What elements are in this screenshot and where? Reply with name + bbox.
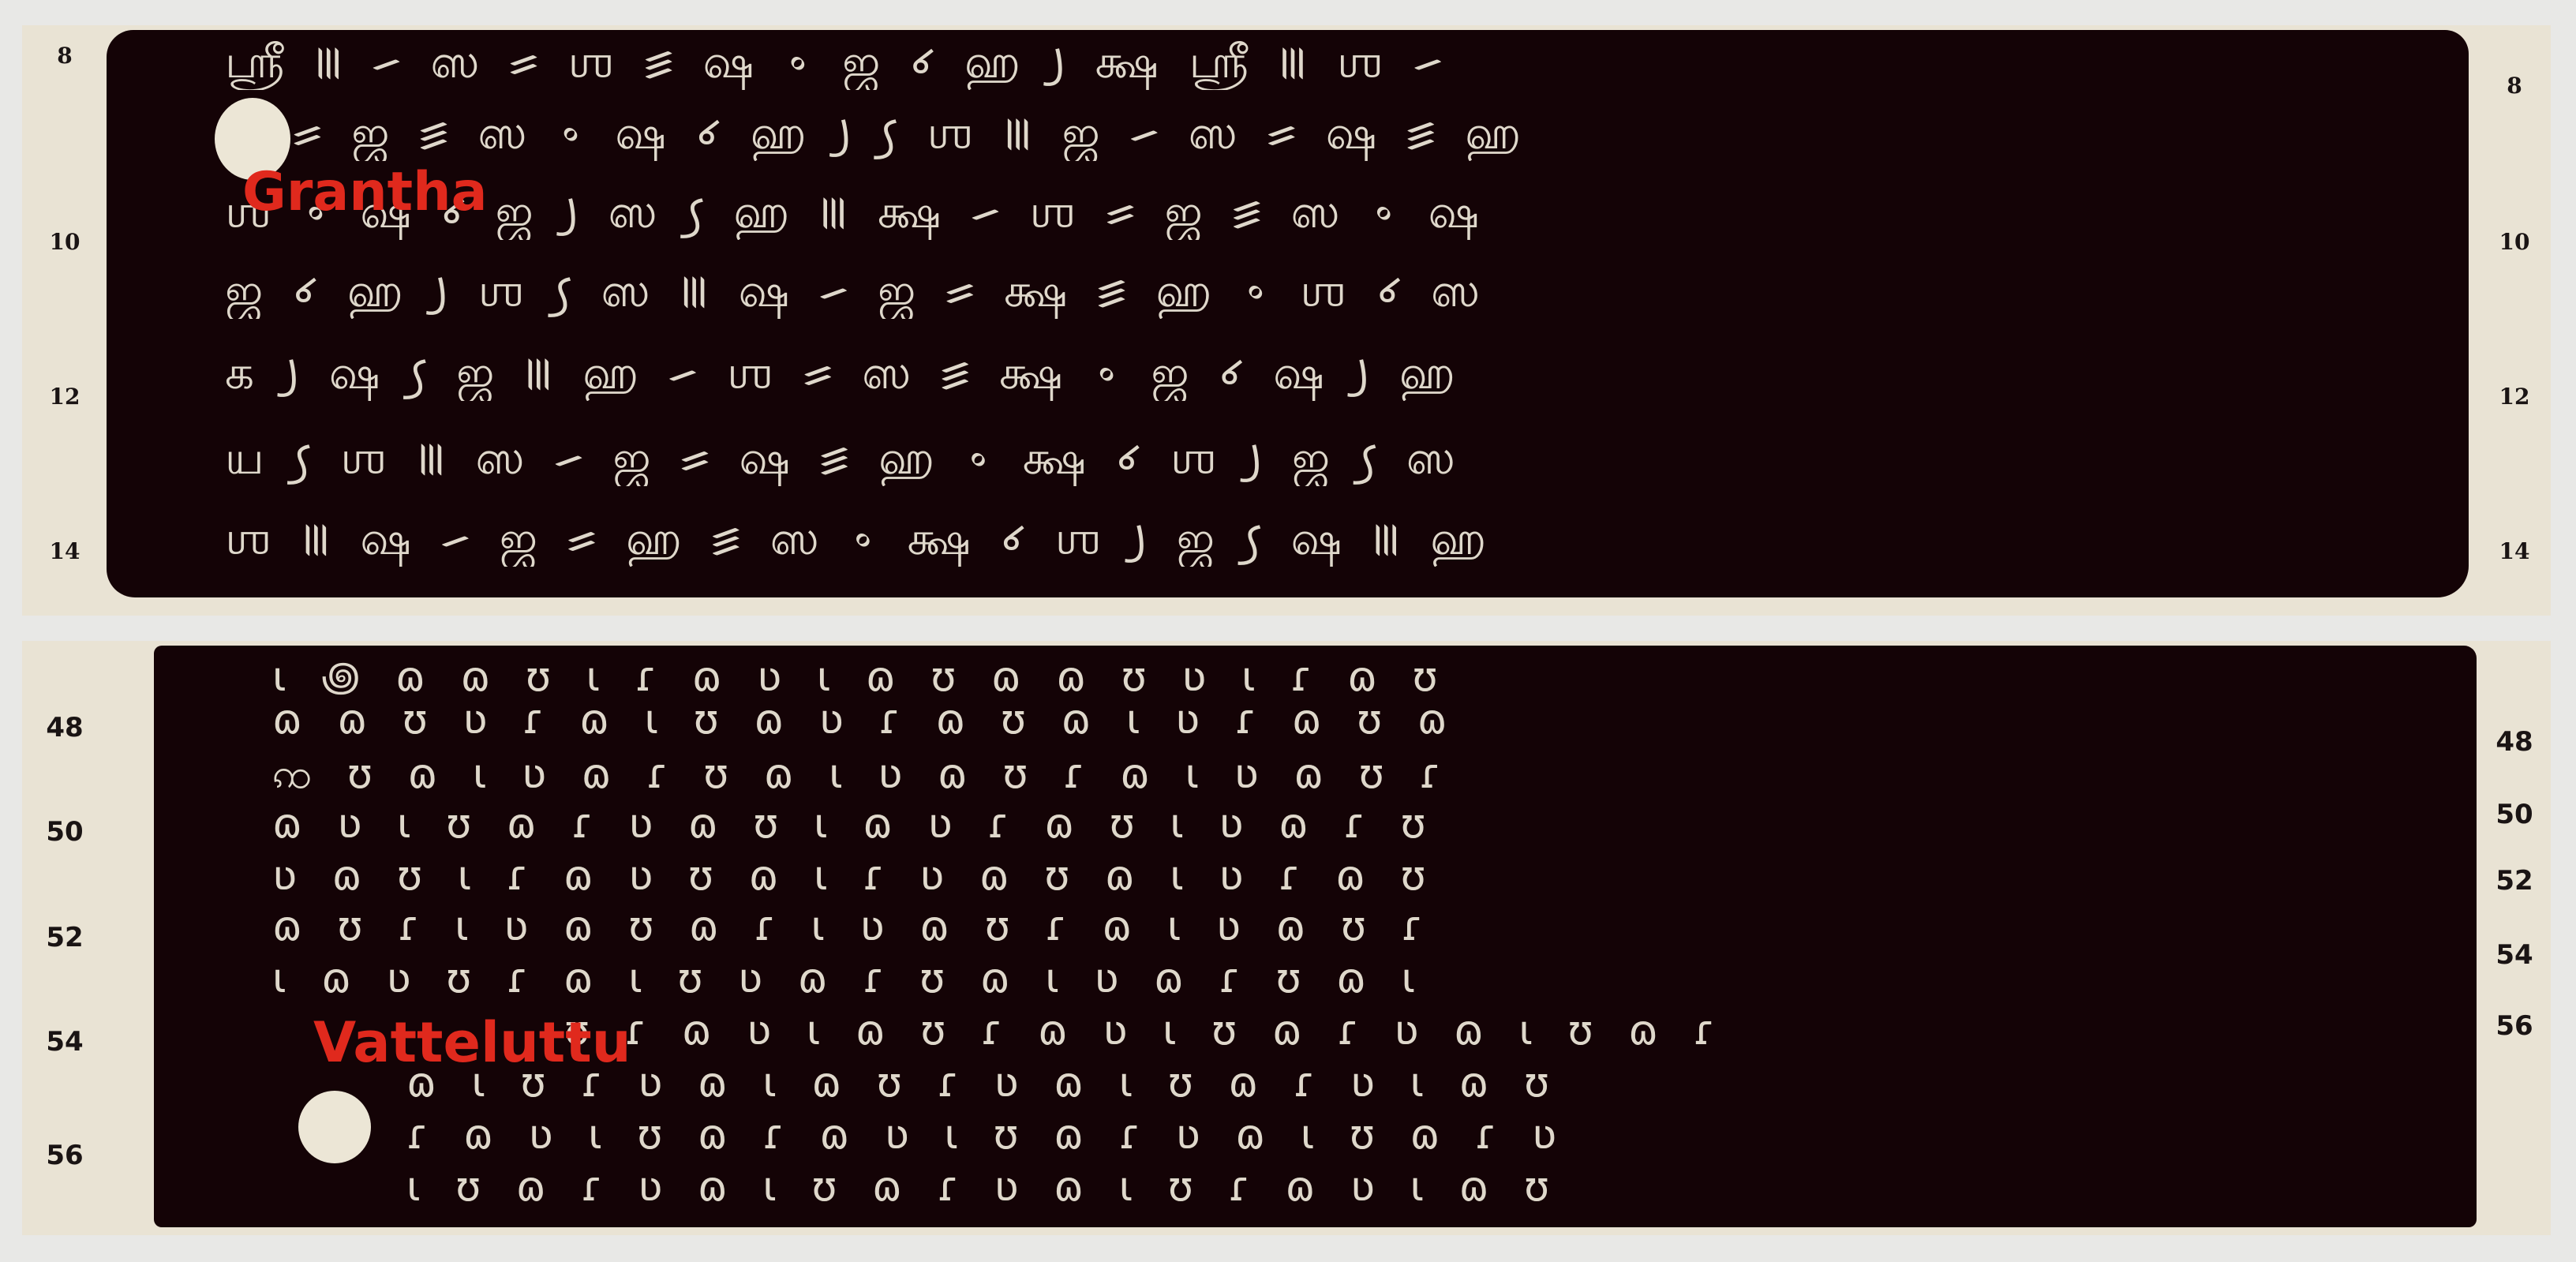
line-number: 12 (2483, 384, 2546, 410)
inscription-line: ɩ ꩜ ɷ ɷ ʊ ɩ ɾ ɷ ʋ ɩ ɷ ʊ ɷ ɷ ʊ ʋ ɩ ɾ ɷ ʊ (272, 646, 2429, 701)
line-number: 8 (2483, 73, 2546, 99)
line-numbers-left: 48 50 52 54 56 (33, 641, 96, 1235)
line-number: 12 (33, 384, 96, 410)
line-numbers-left: 8 10 12 14 (33, 25, 96, 616)
inscription-line: ஶ ꠲ ஷ ꠳ ஜ ꠴ ஹ ꠵ ஸ ꠶ க்ஷ ꠷ ஶ ꠸ ஜ ꠹ ஷ ꠲ ஹ (225, 511, 2421, 567)
inscription-line: ɷ ɷ ʊ ʋ ɾ ɷ ɩ ʊ ɷ ʋ ɾ ɷ ʊ ɷ ɩ ʋ ɾ ɷ ʊ ɷ (272, 696, 2429, 751)
inscription-line: ɷ ɩ ʊ ɾ ʋ ɷ ɩ ɷ ʊ ɾ ʋ ɷ ɩ ʊ ɷ ɾ ʋ ɩ ɷ ʊ (406, 1059, 2429, 1114)
line-number: 10 (2483, 229, 2546, 255)
line-number: 54 (33, 1026, 96, 1058)
line-number: 52 (33, 922, 96, 953)
script-label-vatteluttu: Vatteluttu (313, 1015, 631, 1070)
inscription-line: க ꠸ ஷ ꠹ ஜ ꠲ ஹ ꠳ ஶ ꠴ ஸ ꠵ க்ஷ ꠶ ஜ ꠷ ஷ ꠸ ஹ (225, 346, 2421, 401)
inscription-line: ʋ ɷ ʊ ɩ ɾ ɷ ʋ ʊ ɷ ɩ ɾ ʋ ɷ ʊ ɷ ɩ ʋ ɾ ɷ ʊ (272, 852, 2429, 908)
line-number: 56 (33, 1140, 96, 1171)
line-number: 48 (33, 712, 96, 743)
line-number: 56 (2483, 1010, 2546, 1042)
inscription-line: ɾ ɷ ʋ ɩ ʊ ɷ ɾ ɷ ʋ ɩ ʊ ɷ ɾ ʋ ɷ ɩ ʊ ɷ ɾ ʋ (406, 1111, 2429, 1167)
vatteluttu-copper-plate-panel: 48 50 52 54 56 ɩ ꩜ ɷ ɷ ʊ ɩ ɾ ɷ ʋ ɩ ɷ ʊ ɷ… (22, 641, 2551, 1235)
ring-hole (298, 1091, 371, 1163)
script-label-grantha: Grantha (242, 166, 487, 219)
line-number: 50 (2483, 799, 2546, 830)
inscription-line: ɷ ʊ ɾ ɩ ʋ ɷ ʊ ɷ ɾ ɩ ʋ ɷ ʊ ɾ ɷ ɩ ʋ ɷ ʊ ɾ (272, 903, 2429, 958)
grantha-plate-rubbing: ஸ்ரீ ꠲ ꠳ ஸ ꠴ ஶ ꠵ ஷ ꠶ ஜ ꠷ ஹ ꠸ க்ஷ ஸ்ரீ ꠲ … (107, 30, 2469, 597)
inscription-line: ʊ ɾ ɷ ʋ ɩ ɷ ʊ ɾ ɷ ʋ ɩ ʊ ɷ ɾ ʋ ɷ ɩ ʊ ɷ ɾ (564, 1007, 2429, 1062)
line-number: 8 (33, 43, 96, 69)
line-number: 54 (2483, 939, 2546, 971)
inscription-line: ɩ ʊ ɷ ɾ ʋ ɷ ɩ ʊ ɷ ɾ ʋ ɷ ɩ ʊ ɾ ɷ ʋ ɩ ɷ ʊ (406, 1163, 2429, 1219)
line-number: 50 (33, 816, 96, 848)
vatteluttu-plate-rubbing: ɩ ꩜ ɷ ɷ ʊ ɩ ɾ ɷ ʋ ɩ ɷ ʊ ɷ ɷ ʊ ʋ ɩ ɾ ɷ ʊ … (154, 646, 2477, 1227)
inscription-line: ஜ ꠷ ஹ ꠸ ஶ ꠹ ஸ ꠲ ஷ ꠳ ஜ ꠴ க்ஷ ꠵ ஹ ꠶ ஶ ꠷ ஸ (225, 264, 2421, 319)
inscription-line: ꩡ ʊ ɷ ɩ ʋ ɷ ɾ ʊ ɷ ɩ ʋ ɷ ʊ ɾ ɷ ɩ ʋ ɷ ʊ ɾ (272, 748, 2429, 803)
line-number: 52 (2483, 865, 2546, 897)
line-number: 14 (2483, 538, 2546, 564)
line-number: 48 (2483, 726, 2546, 758)
inscription-line: ஸ்ரீ ꠲ ꠳ ஸ ꠴ ஶ ꠵ ஷ ꠶ ஜ ꠷ ஹ ꠸ க்ஷ ஸ்ரீ ꠲ … (225, 35, 2421, 90)
line-numbers-right: 8 10 12 14 (2483, 25, 2546, 616)
inscription-line: ɷ ʋ ɩ ʊ ɷ ɾ ʋ ɷ ʊ ɩ ɷ ʋ ɾ ɷ ʊ ɩ ʋ ɷ ɾ ʊ (272, 800, 2429, 856)
line-number: 10 (33, 229, 96, 255)
inscription-line: ɩ ɷ ʋ ʊ ɾ ɷ ɩ ʊ ʋ ɷ ɾ ʊ ɷ ɩ ʋ ɷ ɾ ʊ ɷ ɩ (272, 955, 2429, 1010)
inscription-line: ய ꠹ ஶ ꠲ ஸ ꠳ ஜ ꠴ ஷ ꠵ ஹ ꠶ க்ஷ ꠷ ஶ ꠸ ஜ ꠹ ஸ (225, 431, 2421, 486)
line-numbers-right: 48 50 52 54 56 (2483, 641, 2546, 1235)
inscription-line: ஒ ꠴ ஜ ꠵ ஸ ꠶ ஷ ꠷ ஹ ꠸ ꠹ ஶ ꠲ ஜ ꠳ ஸ ꠴ ஷ ꠵ ஹ (225, 106, 2421, 161)
inscription-line: ஶ ꠶ ஷ ꠷ ஜ ꠸ ஸ ꠹ ஹ ꠲ க்ஷ ꠳ ஶ ꠴ ஜ ꠵ ஸ ꠶ ஷ (225, 185, 2421, 240)
line-number: 14 (33, 538, 96, 564)
grantha-copper-plate-panel: 8 10 12 14 ஸ்ரீ ꠲ ꠳ ஸ ꠴ ஶ ꠵ ஷ ꠶ ஜ ꠷ ஹ ꠸ … (22, 25, 2551, 616)
